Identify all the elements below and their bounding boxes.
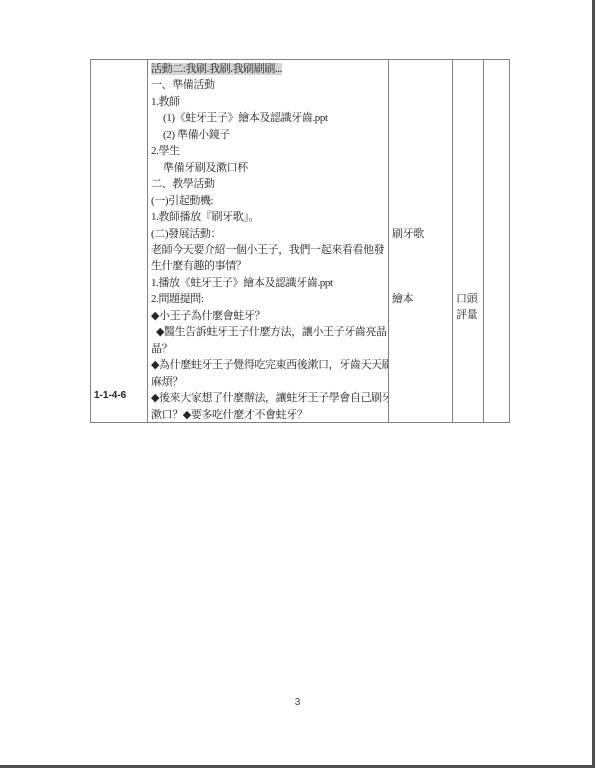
activity-line: 1.教師播放『刷牙歌』。	[151, 209, 386, 225]
activity-line-title: 活動二:我刷.我刷.我刷刷刷...	[151, 61, 386, 77]
resource-book-label: 繪本	[392, 291, 413, 307]
activity-line: ◆後來大家想了什麼辦法，讓蛀牙王子學會自己刷牙、	[151, 390, 386, 406]
activity-line: 1.播放《蛀牙王子》繪本及認識牙齒.ppt	[151, 275, 386, 291]
assessment-cell: 口頭評量	[453, 60, 484, 422]
activity-line: 晶？	[151, 341, 386, 357]
activity-line: 準備牙刷及漱口杯	[151, 160, 386, 176]
activity-line: 漱口？◆要多吃什麼才不會蛀牙？	[151, 407, 386, 422]
activity-line: 二、教學活動	[151, 176, 386, 192]
activity-line: 一、準備活動	[151, 77, 386, 93]
activity-line: ◆小王子為什麼會蛀牙？	[151, 308, 386, 324]
resource-song-label: 刷牙歌	[392, 226, 424, 242]
activity-line: 麻煩？	[151, 374, 386, 390]
lesson-plan-table: 1-1-4-6 活動二:我刷.我刷.我刷刷刷... 一、準備活動 1.教師 (1…	[90, 59, 510, 423]
activity-line: 2.問題提問:	[151, 291, 386, 307]
activity-line: 老師今天要介紹一個小王子，我們一起來看看他發	[151, 242, 386, 258]
notes-cell	[484, 60, 509, 422]
page-edge-shadow-right	[592, 0, 595, 768]
indicator-code: 1-1-4-6	[94, 390, 126, 401]
indicator-code-cell: 1-1-4-6	[91, 60, 148, 422]
activity-line: ◆醫生告訴蛀牙王子什麼方法，讓小王子牙齒亮晶	[151, 324, 386, 340]
page-number: 3	[0, 697, 595, 708]
resources-cell: 刷牙歌 繪本	[389, 60, 453, 422]
activity-line: 生什麼有趣的事情？	[151, 258, 386, 274]
activity-line: (一)引起動機:	[151, 193, 386, 209]
assessment-label: 口頭評量	[456, 291, 480, 324]
activity-content-cell: 活動二:我刷.我刷.我刷刷刷... 一、準備活動 1.教師 (1)《蛀牙王子》繪…	[148, 60, 389, 422]
document-page: 1-1-4-6 活動二:我刷.我刷.我刷刷刷... 一、準備活動 1.教師 (1…	[0, 0, 597, 772]
activity-line: (1)《蛀牙王子》繪本及認識牙齒.ppt	[151, 110, 386, 126]
activity-line: 1.教師	[151, 94, 386, 110]
activity-line: (二)發展活動：	[151, 226, 386, 242]
activity-line: 2.學生	[151, 143, 386, 159]
activity-line: (2) 準備小鏡子	[151, 127, 386, 143]
activity-line: ◆為什麼蛀牙王子覺得吃完東西後漱口，牙齒天天刷很	[151, 357, 386, 373]
page-edge-shadow-bottom	[0, 765, 595, 768]
highlighted-text: 活動二:我刷.我刷.我刷刷刷...	[151, 63, 282, 75]
